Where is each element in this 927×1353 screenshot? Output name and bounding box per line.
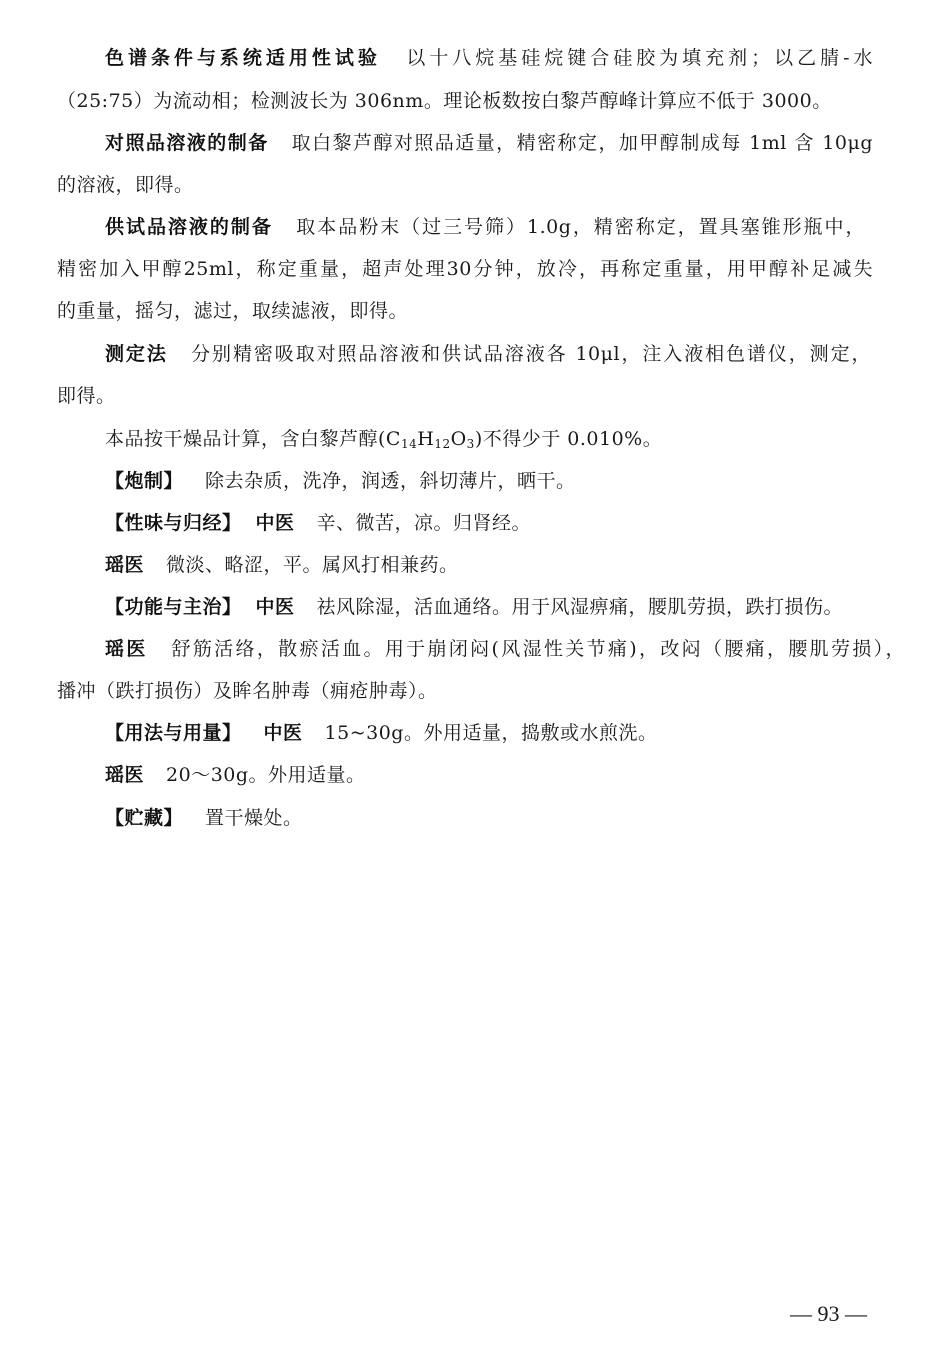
paragraph-text: 取本品粉末（过三号筛）1.0g，精密称定，置具塞锥形瓶中， xyxy=(295,216,865,238)
paragraph-text: 播冲（跌打损伤）及眸名肿毒（痈疮肿毒）。 xyxy=(57,680,438,702)
section-heading: 【贮藏】 xyxy=(105,807,183,829)
paragraph-storage: 【贮藏】置干燥处。 xyxy=(105,805,303,831)
paragraph-text: 20～30g。外用适量。 xyxy=(166,764,366,786)
subheading-yao: 瑶医 xyxy=(105,638,148,660)
paragraph-test-solution: 供试品溶液的制备取本品粉末（过三号筛）1.0g，精密称定，置具塞锥形瓶中， xyxy=(105,214,865,240)
paragraph-text: 微淡、略涩，平。属风打相兼药。 xyxy=(166,554,459,576)
section-heading: 色谱条件与系统适用性试验 xyxy=(105,47,381,69)
formula-subscript: 14 xyxy=(401,437,417,451)
section-heading: 【用法与用量】 xyxy=(105,722,242,744)
paragraph-text: 祛风除湿，活血通络。用于风湿痹痛，腰肌劳损，跌打损伤。 xyxy=(317,596,844,618)
subheading-tcm: 中医 xyxy=(256,512,295,534)
paragraph-text: 除去杂质，洗净，润透，斜切薄片，晒干。 xyxy=(205,470,576,492)
subheading-yao: 瑶医 xyxy=(105,764,144,786)
paragraph-processing: 【炮制】除去杂质，洗净，润透，斜切薄片，晒干。 xyxy=(105,468,576,494)
paragraph-property-meridian: 【性味与归经】中医辛、微苦，凉。归肾经。 xyxy=(105,510,531,536)
paragraph-text: 的重量，摇匀，滤过，取续滤液，即得。 xyxy=(57,300,408,322)
formula-subscript: 3 xyxy=(467,437,475,451)
paragraph-continuation: （25:75）为流动相；检测波长为 306nm。理论板数按白黎芦醇峰计算应不低于… xyxy=(57,88,832,114)
subheading-tcm: 中医 xyxy=(264,722,303,744)
subheading-yao: 瑶医 xyxy=(105,554,144,576)
paragraph-text: 即得。 xyxy=(57,385,116,407)
paragraph-text: )不得少于 0.010%。 xyxy=(475,428,662,450)
paragraph-text: 舒筋活络，散瘀活血。用于崩闭闷(风湿性关节痛)，改闷（腰痛，腰肌劳损）， xyxy=(170,638,905,660)
paragraph-continuation: 即得。 xyxy=(57,383,116,409)
paragraph-text: 辛、微苦，凉。归肾经。 xyxy=(317,512,532,534)
section-heading: 测定法 xyxy=(105,343,168,365)
paragraph-continuation: 播冲（跌打损伤）及眸名肿毒（痈疮肿毒）。 xyxy=(57,678,438,704)
paragraph-text: 15~30g。外用适量，捣敷或水煎洗。 xyxy=(325,722,658,744)
section-heading: 【性味与归经】 xyxy=(105,512,242,534)
paragraph-text: 置干燥处。 xyxy=(205,807,303,829)
paragraph-yao-medicine-functions: 瑶医舒筋活络，散瘀活血。用于崩闭闷(风湿性关节痛)，改闷（腰痛，腰肌劳损）， xyxy=(105,636,905,662)
paragraph-usage-dosage: 【用法与用量】中医15~30g。外用适量，捣敷或水煎洗。 xyxy=(105,720,657,746)
formula-element: H xyxy=(417,428,434,450)
section-heading: 供试品溶液的制备 xyxy=(105,216,273,238)
subheading-tcm: 中医 xyxy=(256,596,295,618)
paragraph-text: 分别精密吸取对照品溶液和供试品溶液各 10μl，注入液相色谱仪，测定， xyxy=(190,343,871,365)
section-heading: 【炮制】 xyxy=(105,470,183,492)
paragraph-continuation: 精密加入甲醇25ml，称定重量，超声处理30分钟，放冷，再称定重量，用甲醇补足减… xyxy=(57,256,873,282)
paragraph-functions-indications: 【功能与主治】中医祛风除湿，活血通络。用于风湿痹痛，腰肌劳损，跌打损伤。 xyxy=(105,594,843,620)
paragraph-text: 本品按干燥品计算，含白黎芦醇(C xyxy=(105,428,401,450)
paragraph-text: （25:75）为流动相；检测波长为 306nm。理论板数按白黎芦醇峰计算应不低于… xyxy=(57,90,832,112)
formula-subscript: 12 xyxy=(434,437,450,451)
document-page: 色谱条件与系统适用性试验以十八烷基硅烷键合硅胶为填充剂；以乙腈-水 （25:75… xyxy=(0,0,927,1353)
section-heading: 【功能与主治】 xyxy=(105,596,242,618)
section-heading: 对照品溶液的制备 xyxy=(105,132,269,154)
paragraph-yao-medicine-dosage: 瑶医20～30g。外用适量。 xyxy=(105,762,366,788)
paragraph-chromatographic-conditions: 色谱条件与系统适用性试验以十八烷基硅烷键合硅胶为填充剂；以乙腈-水 xyxy=(105,45,873,71)
paragraph-content-requirement: 本品按干燥品计算，含白黎芦醇(C14H12O3)不得少于 0.010%。 xyxy=(105,426,662,452)
paragraph-continuation: 的重量，摇匀，滤过，取续滤液，即得。 xyxy=(57,298,408,324)
paragraph-reference-solution: 对照品溶液的制备取白黎芦醇对照品适量，精密称定，加甲醇制成每 1ml 含 10μ… xyxy=(105,130,873,156)
paragraph-text: 以十八烷基硅烷键合硅胶为填充剂；以乙腈-水 xyxy=(403,47,873,69)
paragraph-continuation: 的溶液，即得。 xyxy=(57,172,194,198)
paragraph-text: 的溶液，即得。 xyxy=(57,174,194,196)
formula-element: O xyxy=(451,428,467,450)
paragraph-assay-method: 测定法分别精密吸取对照品溶液和供试品溶液各 10μl，注入液相色谱仪，测定， xyxy=(105,341,871,367)
paragraph-yao-medicine-property: 瑶医微淡、略涩，平。属风打相兼药。 xyxy=(105,552,459,578)
page-number: — 93 — xyxy=(790,1300,867,1328)
paragraph-text: 精密加入甲醇25ml，称定重量，超声处理30分钟，放冷，再称定重量，用甲醇补足减… xyxy=(57,258,873,280)
paragraph-text: 取白黎芦醇对照品适量，精密称定，加甲醇制成每 1ml 含 10μg xyxy=(291,132,873,154)
